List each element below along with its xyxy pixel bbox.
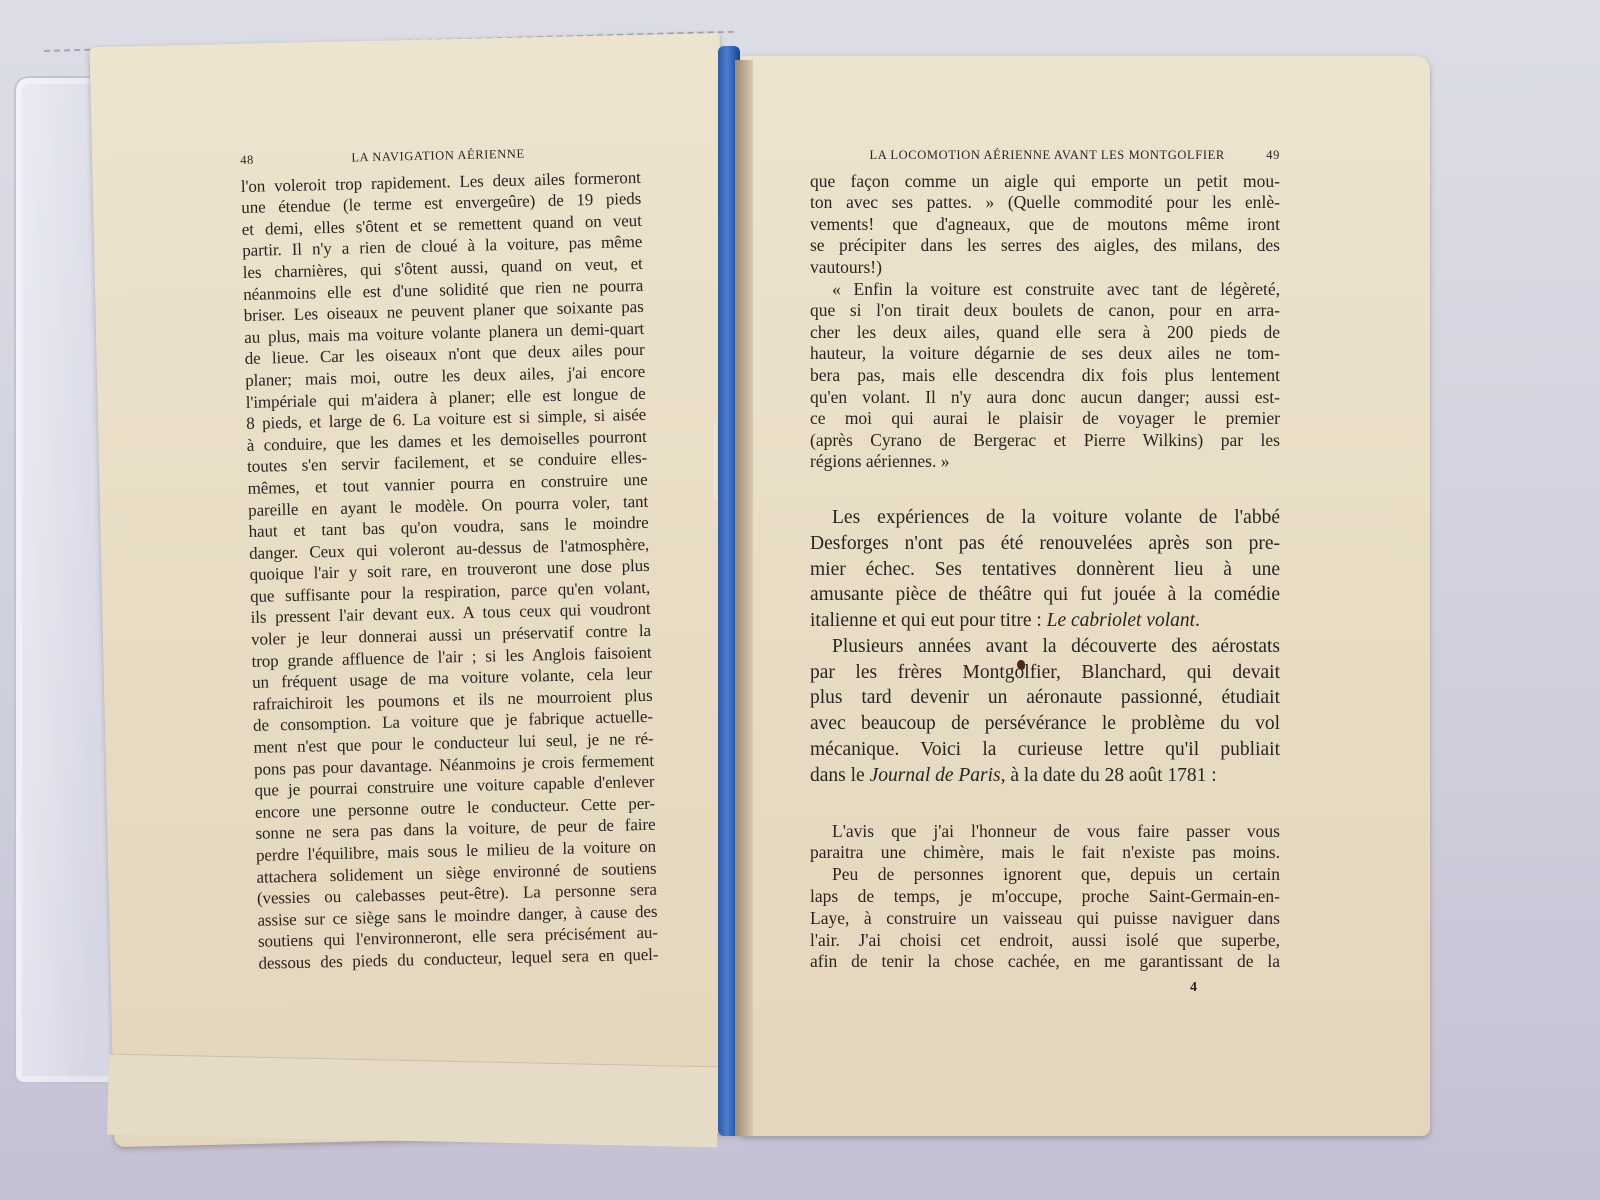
text-line: L'avis que j'ai l'honneur de vous faire …: [810, 821, 1280, 843]
left-page-bottom-edge: [107, 1054, 719, 1148]
text-line: hauteur, la voiture dégarnie de ses deux…: [810, 343, 1280, 365]
text-line: vautours!): [810, 257, 1280, 279]
photo-scene: 48 LA NAVIGATION AÉRIENNE l'on voleroit …: [0, 0, 1600, 1200]
ink-stain: [1017, 660, 1025, 670]
text-line: (après Cyrano de Bergerac et Pierre Wilk…: [810, 430, 1280, 452]
right-running-head: LA LOCOMOTION AÉRIENNE AVANT LES MONTGOL…: [810, 145, 1280, 167]
text-line: ton avec ses pattes. » (Quelle commodité…: [810, 192, 1280, 214]
text-line: mier échec. Ses tentatives donnèrent lie…: [810, 557, 1280, 583]
text-line: Peu de personnes ignorent que, depuis un…: [810, 864, 1280, 886]
right-page-text: LA LOCOMOTION AÉRIENNE AVANT LES MONTGOL…: [810, 145, 1280, 973]
body-paragraph-1: Les expériences de la voiture volante de…: [810, 505, 1280, 634]
text-line: régions aériennes. »: [810, 451, 1280, 473]
text-line: mécanique. Voici la curieuse lettre qu'i…: [810, 737, 1280, 763]
binding-thread: [714, 420, 724, 500]
text-line: Les expériences de la voiture volante de…: [810, 505, 1280, 531]
text-line: qu'en volant. Il n'y aura donc aucun dan…: [810, 387, 1280, 409]
page-number-left: 48: [240, 150, 254, 172]
gutter-shadow: [735, 60, 753, 1136]
text-line: plus tard devenir un aéronaute passionné…: [810, 685, 1280, 711]
left-page-text: 48 LA NAVIGATION AÉRIENNE l'on voleroit …: [240, 141, 659, 974]
signature-mark: 4: [1190, 980, 1197, 996]
quote-continued: que façon comme un aigle qui emporte un …: [810, 171, 1280, 279]
text-line: bera pas, mais elle descendra dix fois p…: [810, 365, 1280, 387]
text-line: par les frères Montgolfier, Blanchard, q…: [810, 660, 1280, 686]
text-line: Plusieurs années avant la découverte des…: [810, 634, 1280, 660]
text-line: dans le Journal de Paris, à la date du 2…: [810, 763, 1280, 789]
page-number-right: 49: [1266, 145, 1280, 167]
left-body-lines: l'on voleroit trop rapidement. Les deux …: [241, 167, 659, 975]
quote-paragraph-2: « Enfin la voiture est construite avec t…: [810, 279, 1280, 473]
text-line: l'air. J'ai choisi cet endroit, aussi is…: [810, 930, 1280, 952]
play-title: Le cabriolet volant: [1047, 610, 1195, 631]
text-line: que si l'on tirait deux boulets de canon…: [810, 300, 1280, 322]
text-line: cher les deux ailes, quand elle sera à 2…: [810, 322, 1280, 344]
text-line: « Enfin la voiture est construite avec t…: [810, 279, 1280, 301]
text-line: ce moi qui aurai le plaisir de voyager l…: [810, 408, 1280, 430]
letter-excerpt: L'avis que j'ai l'honneur de vous faire …: [810, 821, 1280, 974]
text-line: paraitra une chimère, mais le fait n'exi…: [810, 842, 1280, 864]
text-line: afin de tenir la chose cachée, en me gar…: [810, 951, 1280, 973]
text-line: se précipiter dans les serres des aigles…: [810, 235, 1280, 257]
body-paragraph-2: Plusieurs années avant la découverte des…: [810, 634, 1280, 789]
text-line: laps de temps, je m'occupe, proche Saint…: [810, 886, 1280, 908]
text-line: vements! que d'agneaux, que de moutons m…: [810, 214, 1280, 236]
text-line: que façon comme un aigle qui emporte un …: [810, 171, 1280, 193]
text-line: Desforges n'ont pas été renouvelées aprè…: [810, 531, 1280, 557]
journal-title: Journal de Paris: [870, 765, 1001, 786]
text-line: avec beaucoup de persévérance le problèm…: [810, 711, 1280, 737]
text-line: Laye, à construire un vaisseau qui puiss…: [810, 908, 1280, 930]
right-running-title: LA LOCOMOTION AÉRIENNE AVANT LES MONTGOL…: [828, 145, 1266, 167]
text-line: italienne et qui eut pour titre : Le cab…: [810, 608, 1280, 634]
text-line: amusante pièce de théâtre qui fut jouée …: [810, 582, 1280, 608]
